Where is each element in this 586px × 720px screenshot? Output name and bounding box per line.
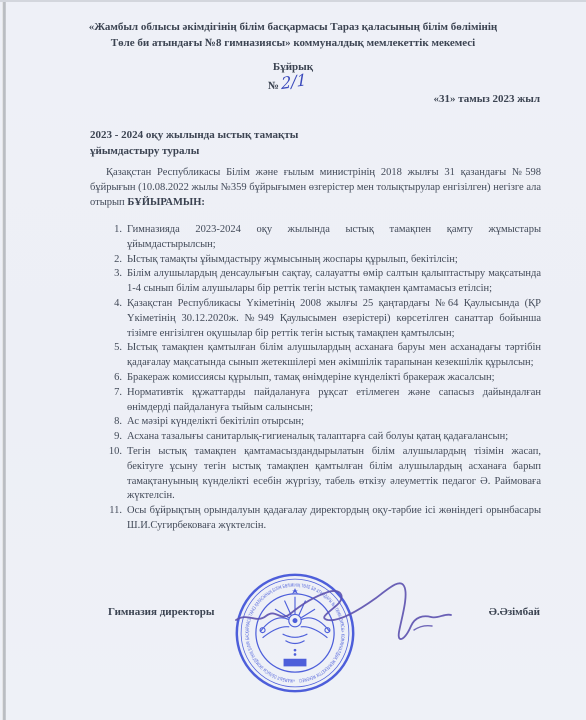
item-text: Ыстық тамақпен қамтылған білім алушылард… [127, 341, 541, 371]
order-subject-line1: 2023 - 2024 оқу жылында ыстық тамақты [90, 129, 298, 141]
order-item: 9. Асхана тазалығы санитарлық-гигиеналық… [102, 430, 541, 445]
order-item: 11. Осы бұйрықтың орындалуын қадағалау д… [102, 504, 541, 534]
order-item: 7. Нормативтік құжаттарды пайдалануға рұ… [102, 386, 541, 416]
preamble: Қазақстан Республикасы Білім және ғылым … [90, 166, 541, 210]
item-number: 8. [102, 415, 127, 430]
item-number: 4. [102, 297, 127, 341]
order-subject: 2023 - 2024 оқу жылында ыстық тамақты ұй… [90, 127, 298, 159]
order-item: 5. Ыстық тамақпен қамтылған білім алушыл… [102, 341, 541, 371]
item-text: Нормативтік құжаттарды пайдалануға рұқса… [127, 386, 541, 416]
item-number: 5. [102, 341, 127, 371]
scan-edge-top [0, 0, 586, 2]
order-item: 1. Гимназияда 2023-2024 оқу жылында ысты… [102, 223, 541, 253]
item-text: Асхана тазалығы санитарлық-гигиеналық та… [127, 430, 541, 445]
item-text: Тегін ыстық тамақпен қамтамасыздандырыла… [127, 445, 541, 504]
order-item: 10. Тегін ыстық тамақпен қамтамасызданды… [102, 445, 541, 504]
scanned-order-document: «Жамбыл облысы әкімдігінің білім басқарм… [0, 0, 586, 720]
item-number: 2. [102, 253, 127, 268]
order-item: 6. Бракераж комиссиясы құрылып, тамақ өн… [102, 371, 541, 386]
order-subject-line2: ұйымдастыру туралы [90, 145, 199, 157]
directive-word: БҰЙЫРАМЫН: [127, 197, 205, 208]
item-number: 9. [102, 430, 127, 445]
order-item: 4. Қазақстан Республикасы Үкіметінің 200… [102, 297, 541, 341]
item-number: 3. [102, 267, 127, 297]
signatory-title: Гимназия директоры [108, 606, 214, 618]
order-number-handwritten: 2/1 [281, 70, 307, 93]
item-number: 11. [102, 504, 127, 534]
scan-edge [2, 0, 6, 720]
organization-name-line2: Төле би атындағы №8 гимназиясы» коммунал… [111, 37, 475, 49]
order-item: 2. Ыстық тамақты ұйымдастыру жұмысының ж… [102, 253, 541, 268]
item-text: Ас мәзірі күнделікті бекітіліп отырсын; [127, 415, 541, 430]
item-text: Бракераж комиссиясы құрылып, тамақ өнімд… [127, 371, 541, 386]
item-number: 1. [102, 223, 127, 253]
order-date: «31» тамыз 2023 жыл [433, 93, 540, 105]
order-items-list: 1. Гимназияда 2023-2024 оқу жылында ысты… [102, 223, 541, 534]
order-item: 3. Білім алушылардың денсаулығын сақтау,… [102, 267, 541, 297]
order-item: 8. Ас мәзірі күнделікті бекітіліп отырсы… [102, 415, 541, 430]
item-text: Қазақстан Республикасы Үкіметінің 2008 ж… [127, 297, 541, 341]
item-text: Гимназияда 2023-2024 оқу жылында ыстық т… [127, 223, 541, 253]
item-text: Осы бұйрықтың орындалуын қадағалау дирек… [127, 504, 541, 534]
item-number: 10. [102, 445, 127, 504]
signature-scribble [228, 568, 458, 653]
organization-name-line1: «Жамбыл облысы әкімдігінің білім басқарм… [89, 21, 498, 33]
item-text: Ыстық тамақты ұйымдастыру жұмысының жосп… [127, 253, 541, 268]
item-number: 7. [102, 386, 127, 416]
organization-name: «Жамбыл облысы әкімдігінің білім басқарм… [42, 19, 544, 51]
signatory-name: Ә.Әзімбай [489, 606, 540, 618]
item-text: Білім алушылардың денсаулығын сақтау, са… [127, 267, 541, 297]
item-number: 6. [102, 371, 127, 386]
order-number: №2/1 [268, 74, 307, 93]
order-number-prefix: № [268, 80, 279, 92]
